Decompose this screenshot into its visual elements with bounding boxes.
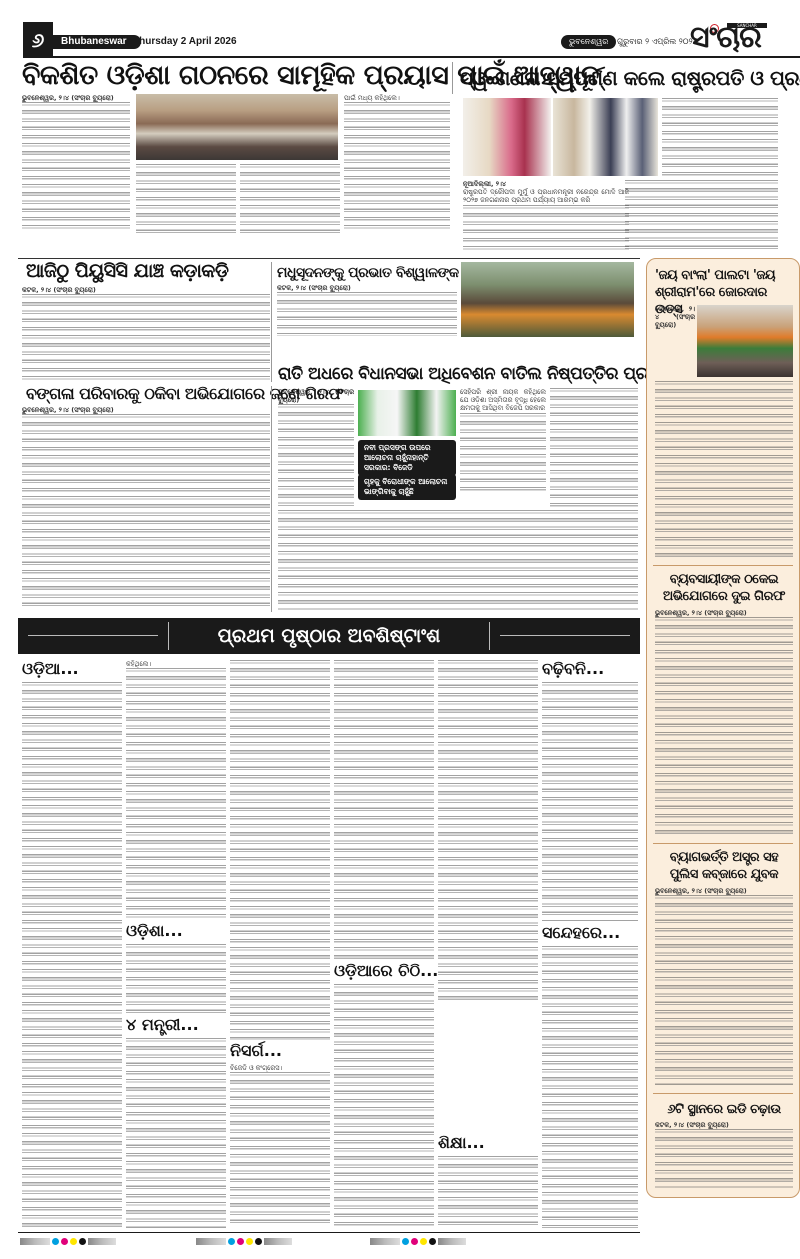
continuation-col2b: [126, 944, 226, 1014]
sidebar-headline: ବ୍ୟାଗଭର୍ତ୍ତି ଅସ୍ତ୍ର ସହ ପୁଲିସ କବ୍‌ଜାରେ ଯୁ…: [655, 849, 793, 883]
continuation-col5: [438, 660, 538, 1000]
census-dateline: ନୂଆଦିଲ୍ଲୀ, ୨।୪: [463, 180, 629, 188]
continuation-banner: ପ୍ରଥମ ପୃଷ୍ଠାର ଅବଶିଷ୍ଟାଂଶ: [18, 618, 640, 654]
newspaper-logo: ସଂଚାର: [690, 22, 761, 54]
registration-mark: [370, 1238, 466, 1245]
continuation-col4: [334, 660, 434, 960]
sidebar-dateline: ଭୁବନେଶ୍ୱର, ୨।୪ (ସଂଚାର ବ୍ୟୁରୋ): [655, 887, 793, 895]
lead-body-col4: ପାଇଁ ମଧ୍ୟ କହିଥିଲେ।: [344, 94, 450, 234]
tribute-dateline: କଟକ, ୨।୪ (ସଂଚାର ବ୍ୟୁରୋ): [277, 284, 457, 292]
continuation-title: ନିସର୍ଗ...: [230, 1042, 282, 1060]
column-divider: [271, 386, 272, 612]
census-body-right: [662, 98, 778, 176]
lead-snippet: ପାଇଁ ମଧ୍ୟ କହିଥିଲେ।: [344, 94, 450, 102]
column-divider: [452, 62, 453, 94]
assembly-quote-2: ଗୃହକୁ ବିରୋଧୀଙ୍କ ଆଲୋଚନା ଭାଙ୍ଗିବାକୁ ଚାହୁଁଛ…: [358, 474, 456, 500]
sidebar-box: 'ଜୟ ବାଂଲା' ପାଲଟା 'ଜୟ ଶ୍ରୀରାମ'ରେ ଜୋରଦାର ଉ…: [646, 258, 800, 1198]
lead-photo: [136, 94, 338, 160]
continuation-col5b: [438, 1156, 538, 1228]
census-headline: ସ୍ୱ-ଗଣନା ସମ୍ପୂର୍ଣ୍ଣ କଲେ ରାଷ୍ଟ୍ରପତି ଓ ପ୍ର…: [460, 68, 800, 88]
sidebar-headline: ୬ଟି ସ୍ଥାନରେ ଇଡି ଚଢ଼ାଉ: [655, 1101, 793, 1118]
continuation-title: ୪ ମନ୍ତ୍ରୀ...: [126, 1016, 199, 1034]
assembly-body-col3: [550, 388, 638, 508]
sidebar-headline: ବ୍ୟବସାୟୀଙ୍କ ଠକେଇ ଅଭିଯୋଗରେ ଦୁଇ ଗିରଫ: [655, 571, 793, 605]
city-label-en: Bhubaneswar: [53, 35, 141, 49]
date-or: ଗୁରୁବାର ୨ ଏପ୍ରିଲ ୨୦୨୬: [617, 35, 698, 49]
assembly-snippet: ସେହିପରି ଶ୍ରୀ ନାୟକ କହିଥିଲେ ଯେ ଓଡ଼ିଶା ଅସ୍ମ…: [460, 388, 546, 413]
continuation-title: ଶିକ୍ଷା...: [438, 1134, 485, 1152]
theft-body: ଭୁବନେଶ୍ୱର, ୨।୪ (ସଂଚାର ବ୍ୟୁରୋ): [22, 406, 270, 612]
pcc-dateline: କଟକ, ୨।୪ (ସଂଚାର ବ୍ୟୁରୋ): [22, 286, 270, 294]
bottom-rule: [18, 1232, 640, 1233]
continuation-col6b: [542, 946, 638, 1228]
banner-title: ପ୍ରଥମ ପୃଷ୍ଠାର ଅବଶିଷ୍ଟାଂଶ: [168, 622, 490, 650]
census-body-col1: ନୂଆଦିଲ୍ଲୀ, ୨।୪ ରାଷ୍ଟ୍ରପତି ଦ୍ରୌପଦୀ ମୁର୍ମୁ…: [463, 180, 629, 250]
column-divider: [271, 262, 272, 382]
assembly-quote-1: ନବୀ ପ୍ରସଙ୍ଗ ଉପରେ ଆଲୋଚନା ଚାହୁଁନାହାନ୍ତି ସର…: [358, 440, 456, 476]
city-label-or: ଭୁବନେଶ୍ୱର: [561, 35, 616, 49]
continuation-title: ଓଡ଼ିଆ...: [22, 660, 79, 678]
sidebar-dateline: ଭୁବନେଶ୍ୱର, ୨।୪ (ସଂଚାର ବ୍ୟୁରୋ): [655, 609, 793, 617]
registration-mark: [20, 1238, 116, 1245]
sidebar-dateline: କୋଲକାତା, ୨।୪ (ସଂଚାର ବ୍ୟୁରୋ): [655, 305, 695, 330]
masthead: ୬ Bhubaneswar Thursday 2 April 2026 ଭୁବନ…: [0, 0, 800, 58]
continuation-title: ବଢ଼ିବନି...: [542, 660, 604, 678]
lead-body-col3: [240, 164, 340, 234]
pcc-body: କଟକ, ୨।୪ (ସଂଚାର ବ୍ୟୁରୋ): [22, 286, 270, 382]
continuation-title: ଓଡ଼ିଶା...: [126, 922, 183, 940]
continuation-col3: [230, 660, 330, 1040]
continuation-title: ସନ୍ଦେହରେ...: [542, 924, 620, 942]
assembly-body-col2: ସେହିପରି ଶ୍ରୀ ନାୟକ କହିଥିଲେ ଯେ ଓଡ଼ିଶା ଅସ୍ମ…: [460, 388, 546, 508]
theft-headline: ବଙ୍ଗଳା ପରିବାରକୁ ଠକିବା ଅଭିଯୋଗରେ ଜଣେ ଗିରଫ: [26, 386, 343, 402]
lead-dateline: ଭୁବନେଶ୍ୱର, ୨।୪ (ସଂଚାର ବ୍ୟୁରୋ): [22, 94, 130, 102]
page-number: ୬: [23, 22, 53, 58]
census-photo-president: [463, 98, 551, 176]
census-photo-pm: [553, 98, 658, 176]
continuation-col2c: [126, 1038, 226, 1228]
assembly-body-col1: ଭୁବନେଶ୍ୱର, ୨।୪ (ସଂଚାର ବ୍ୟୁରୋ): [278, 388, 354, 508]
theft-dateline: ଭୁବନେଶ୍ୱର, ୨।୪ (ସଂଚାର ବ୍ୟୁରୋ): [22, 406, 270, 414]
section-rule: [18, 258, 640, 259]
continuation-col4b: [334, 984, 434, 1228]
tribute-photo: [461, 262, 634, 337]
lead-body-col2: [136, 164, 236, 234]
masthead-rule: [23, 56, 800, 58]
sidebar-dateline: କଟକ, ୨।୪ (ସଂଚାର ବ୍ୟୁରୋ): [655, 1121, 793, 1129]
assembly-body-lower: [278, 510, 638, 610]
lead-body-col1: ଭୁବନେଶ୍ୱର, ୨।୪ (ସଂଚାର ବ୍ୟୁରୋ): [22, 94, 130, 234]
date-en: Thursday 2 April 2026: [133, 35, 237, 49]
continuation-col6: [542, 682, 638, 922]
continuation-col3b: ବିଜେଡି ଓ କଂଗ୍ରେସ।: [230, 1064, 330, 1228]
continuation-title: ଓଡ଼ିଆରେ ଚିଠି...: [334, 962, 438, 980]
census-snippet: ରାଷ୍ଟ୍ରପତି ଦ୍ରୌପଦୀ ମୁର୍ମୁ ଓ ପ୍ରଧାନମନ୍ତ୍ର…: [463, 188, 629, 204]
sidebar-photo: [697, 305, 793, 377]
registration-mark: [196, 1238, 292, 1245]
pcc-headline: ଆଜିଠୁ ପିୟୁସିସି ଯାଞ୍ଚ କଡ଼ାକଡ଼ି: [26, 262, 228, 281]
tribute-body: କଟକ, ୨।୪ (ସଂଚାର ବ୍ୟୁରୋ): [277, 284, 457, 336]
assembly-photo: [358, 390, 456, 436]
continuation-col1: [22, 682, 122, 1227]
continuation-col2: କହିଥିଲେ।: [126, 660, 226, 920]
census-body-col2: [625, 180, 778, 250]
assembly-headline: ରାତି ଅଧରେ ବିଧାନସଭା ଅଧିବେଶନ ବାତିଲ ନିଷ୍ପତ୍…: [278, 366, 686, 383]
